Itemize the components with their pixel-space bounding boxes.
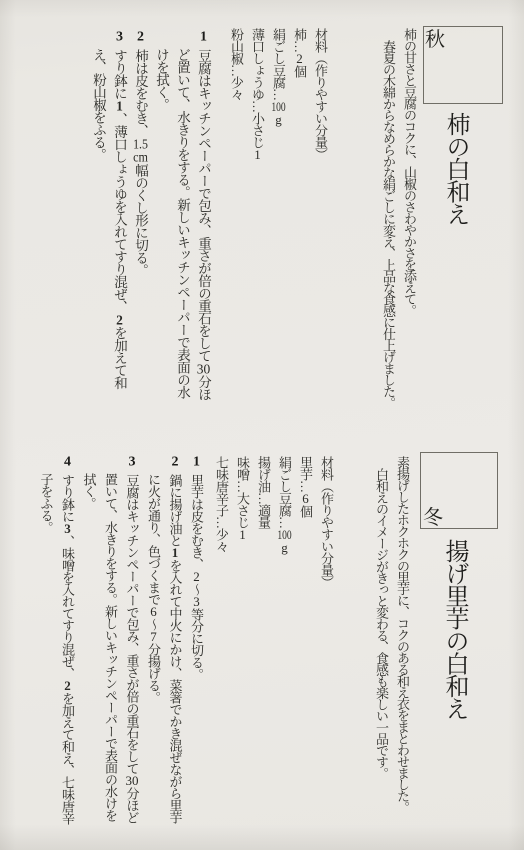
step: 2柿は皮をむき、1.5cm幅のくし形に切る。 (130, 30, 151, 410)
step: 4すり鉢に3、味噌を入れてすり混ぜ、2を加えて和え、七味唐辛子をふる。 (35, 455, 78, 825)
step-number: 2 (133, 30, 148, 44)
step-text: すり鉢に1、薄口しょうゆを入れてすり混ぜ、2を加えて和え、粉山椒をふる。 (91, 48, 127, 389)
step-text: 柿は皮をむき、1.5cm幅のくし形に切る。 (133, 49, 148, 276)
recipe-description-autumn: 柿の甘さと豆腐のコクに、山椒のさわやかさを添えて。 春夏の木綿からなめらかな絹ご… (378, 28, 420, 420)
description-paragraph: 柿の甘さと豆腐のコクに、山椒のさわやかさを添えて。 (399, 28, 420, 420)
step-number: 4 (60, 455, 75, 469)
season-label-autumn: 秋 (425, 30, 445, 50)
recipe-title-winter: 揚げ里芋の白和え (437, 539, 472, 719)
ingredient-item: 里芋…6個 (295, 456, 316, 708)
step: 3豆腐はキッチンペーパーで包み、重さが倍の重石をして30分ほど置いて、水きりをす… (78, 455, 143, 825)
step: 3すり鉢に1、薄口しょうゆを入れてすり混ぜ、2を加えて和え、粉山椒をふる。 (88, 30, 130, 410)
step-number: 1 (196, 30, 211, 44)
ingredients-autumn: 材料（作りやすい分量） 柿…2個 絹ごし豆腐…100g 薄口しょうゆ…小さじ1 … (226, 28, 331, 280)
step-text: 里芋は皮をむき、2〜3等分に切る。 (189, 474, 204, 680)
ingredient-item: 粉山椒…少々 (226, 28, 247, 280)
season-label-winter: 冬 (423, 508, 443, 528)
ingredient-item: 柿…2個 (289, 28, 310, 280)
step-number: 2 (168, 455, 183, 469)
steps-winter: 1里芋は皮をむき、2〜3等分に切る。 2鍋に揚げ油と1を入れて中火にかけ、菜箸で… (35, 455, 207, 825)
description-paragraph: 春夏の木綿からなめらかな絹ごしに変え、上品な食感に仕上げました。 (378, 28, 399, 420)
step: 1豆腐はキッチンペーパーで包み、重さが倍の重石をして30分ほど置いて、水きりをす… (151, 30, 214, 410)
ingredients-heading: 材料（作りやすい分量） (316, 456, 337, 708)
step-number: 3 (112, 30, 127, 44)
step-text: 豆腐はキッチンペーパーで包み、重さが倍の重石をして30分ほど置いて、水きりをする… (82, 473, 140, 823)
season-box-autumn: 秋 (423, 26, 503, 104)
step: 2鍋に揚げ油と1を入れて中火にかけ、菜箸でかき混ぜながら里芋に火が通り、色づくま… (143, 455, 186, 825)
ingredient-item: 揚げ油…適量 (253, 456, 274, 708)
step-number: 3 (125, 455, 140, 469)
recipe-description-winter: 素揚げしたホクホクの里芋に、コクのある和え衣をまとわせました。 白和えのイメージ… (371, 456, 413, 828)
ingredients-heading: 材料（作りやすい分量） (310, 28, 331, 280)
steps-autumn: 1豆腐はキッチンペーパーで包み、重さが倍の重石をして30分ほど置いて、水きりをす… (88, 30, 214, 410)
recipe-title-autumn: 柿の白和え (438, 112, 473, 225)
ingredient-item: 七味唐辛子…少々 (211, 456, 232, 708)
ingredient-item: 薄口しょうゆ…小さじ1 (247, 28, 268, 280)
season-box-winter: 冬 (420, 452, 498, 529)
step-text: 鍋に揚げ油と1を入れて中火にかけ、菜箸でかき混ぜながら里芋に火が通り、色づくまで… (146, 473, 183, 823)
step-text: 豆腐はキッチンペーパーで包み、重さが倍の重石をして30分ほど置いて、水きりをする… (154, 48, 211, 400)
recipe-book-page: 秋 柿の白和え 柿の甘さと豆腐のコクに、山椒のさわやかさを添えて。 春夏の木綿か… (0, 0, 524, 850)
description-paragraph: 素揚げしたホクホクの里芋に、コクのある和え衣をまとわせました。 (392, 456, 413, 828)
step-text: すり鉢に3、味噌を入れてすり混ぜ、2を加えて和え、七味唐辛子をふる。 (39, 473, 76, 824)
description-paragraph: 白和えのイメージがきっと変わる、食感も楽しい一品です。 (371, 456, 392, 828)
ingredient-item: 絹ごし豆腐…100g (274, 456, 295, 708)
ingredient-item: 味噌…大さじ1 (232, 456, 253, 708)
step-number: 1 (189, 455, 204, 469)
step: 1里芋は皮をむき、2〜3等分に切る。 (186, 455, 208, 825)
ingredient-item: 絹ごし豆腐…100g (268, 28, 289, 280)
ingredients-winter: 材料（作りやすい分量） 里芋…6個 絹ごし豆腐…100g 揚げ油…適量 味噌…大… (211, 456, 337, 708)
